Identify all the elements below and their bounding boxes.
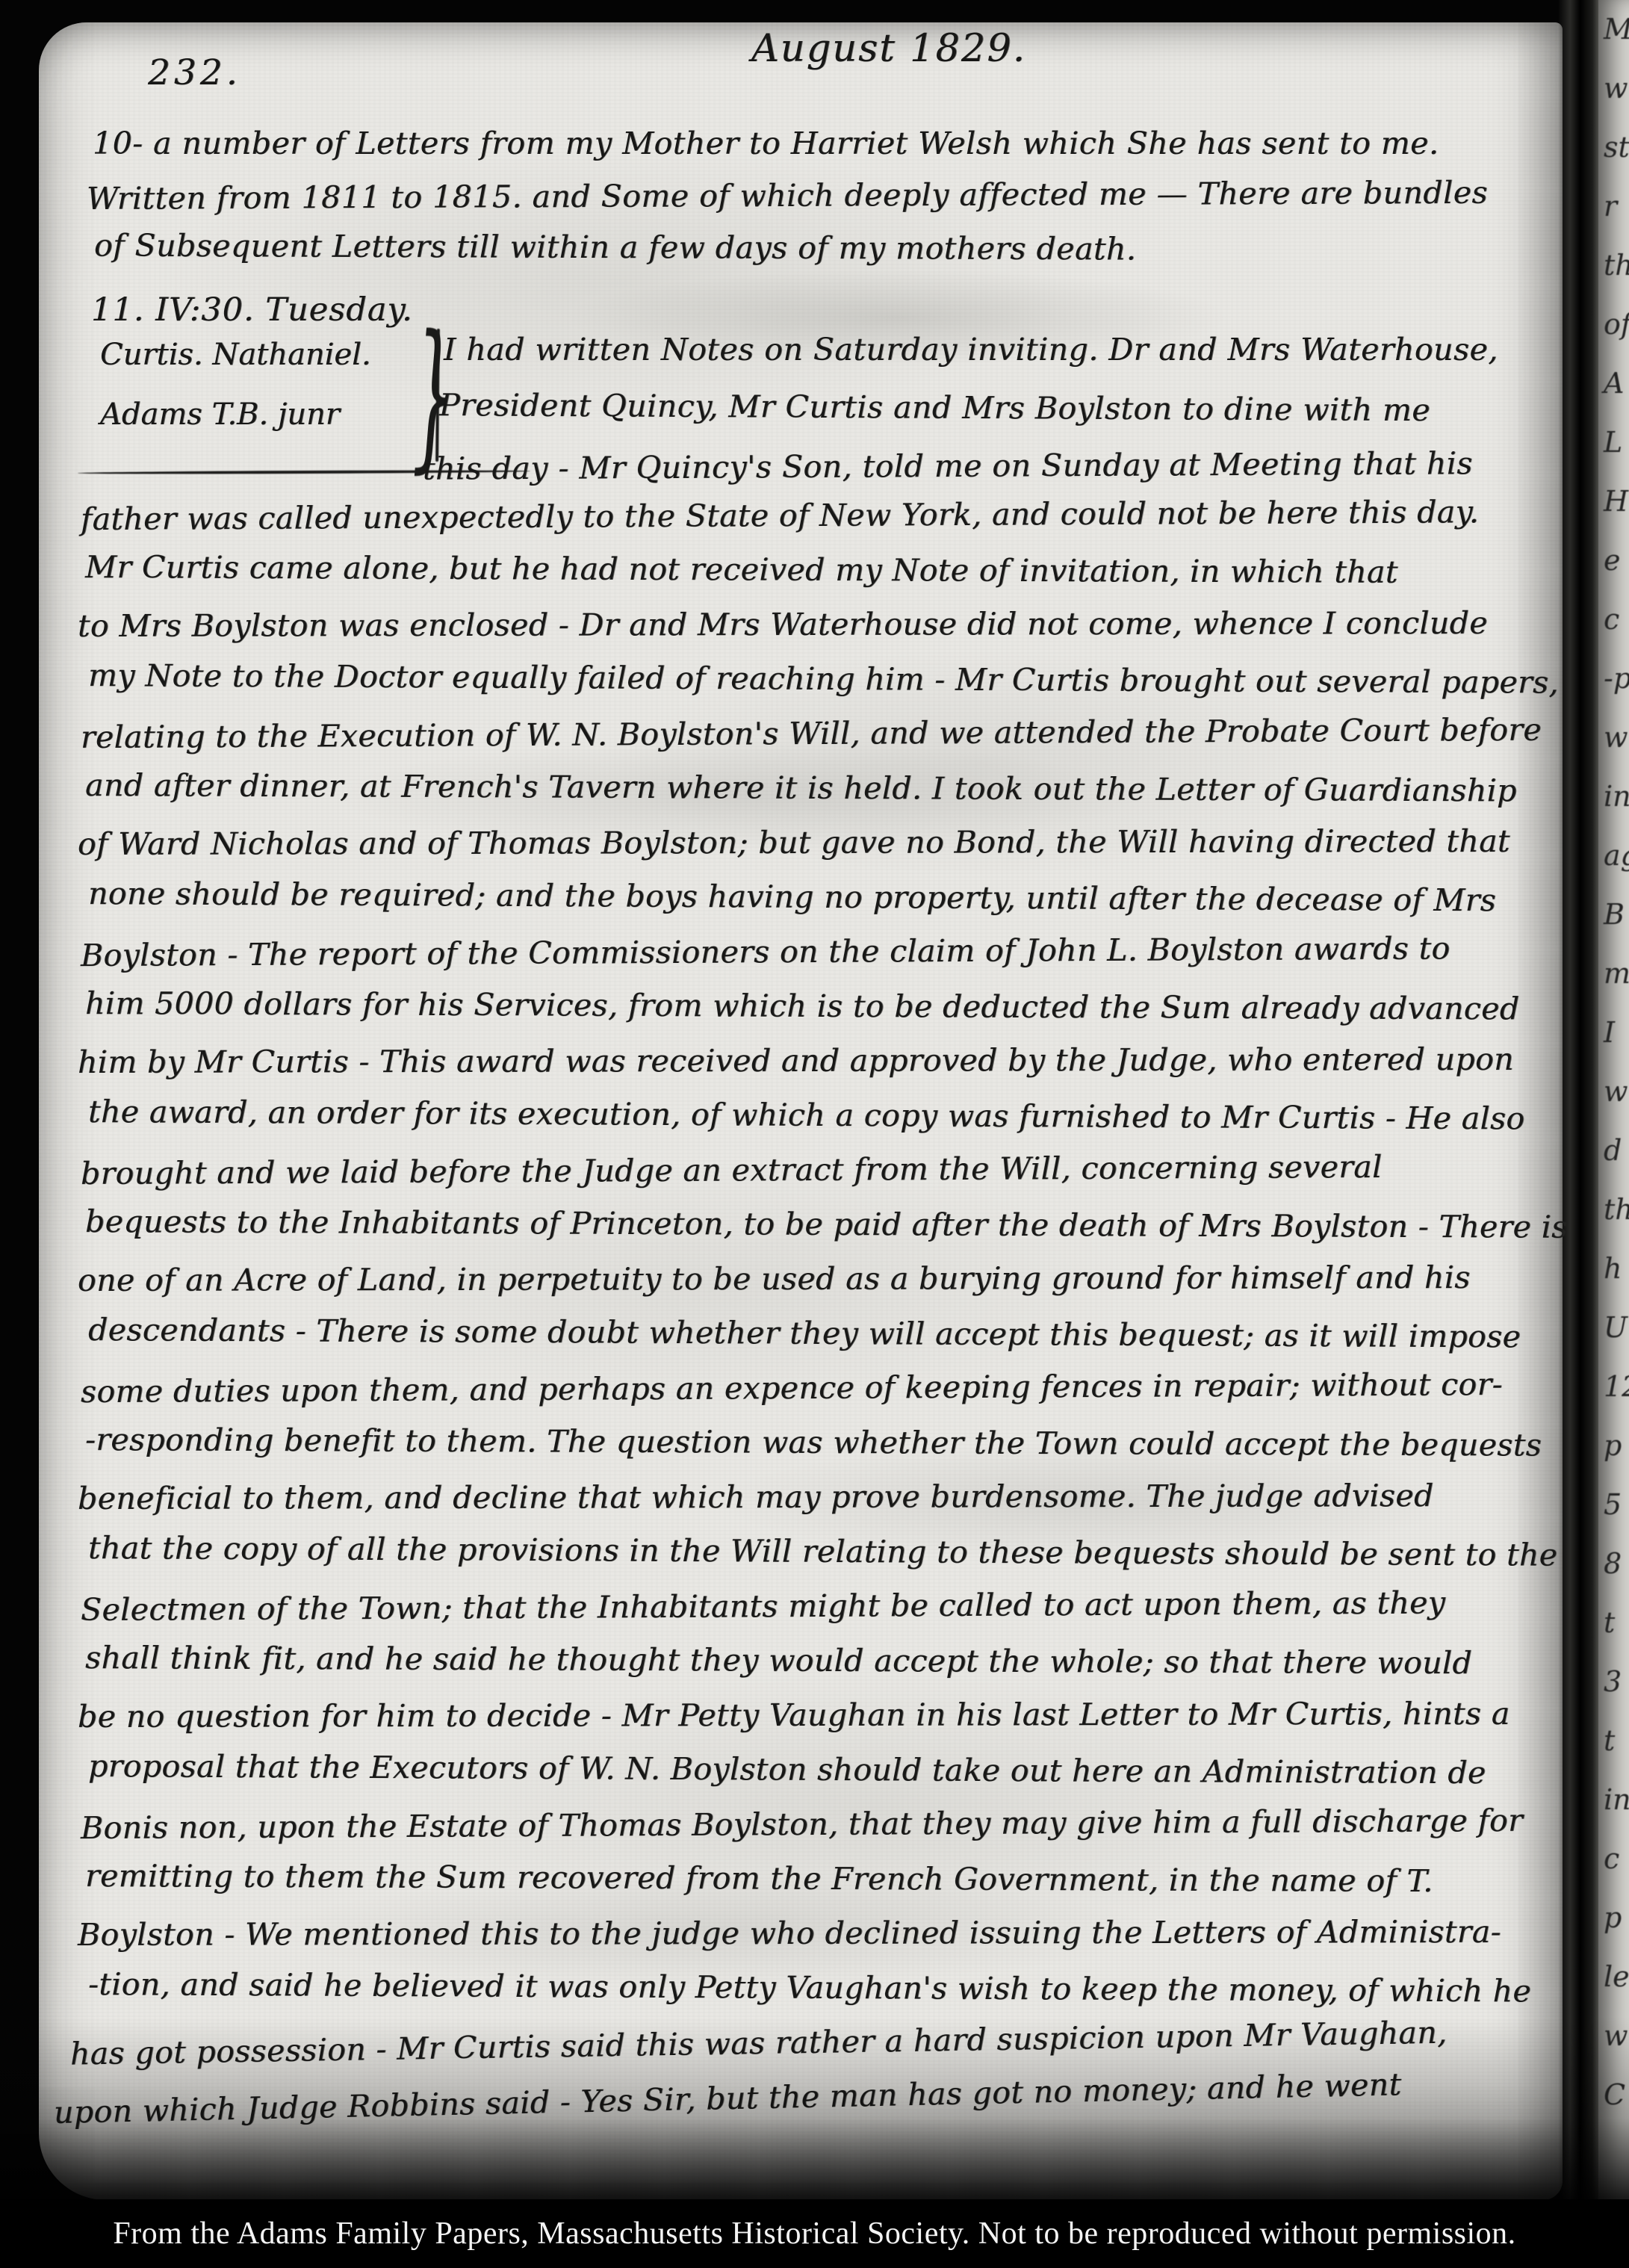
facing-page-fragment: st xyxy=(1598,118,1629,177)
manuscript-line: remitting to them the Sum recovered from… xyxy=(85,1858,1561,1918)
manuscript-line: father was called unexpectedly to the St… xyxy=(81,494,1561,556)
facing-page-fragment: th xyxy=(1598,1180,1629,1239)
facing-page-fragment: 3 xyxy=(1598,1652,1629,1711)
page-number: 232. xyxy=(148,52,241,93)
manuscript-line: Boylston - The report of the Commissione… xyxy=(81,930,1561,992)
manuscript-line: shall think fit, and he said he thought … xyxy=(85,1640,1561,1700)
entry-11-heading: 11. IV:30. Tuesday. xyxy=(91,291,413,329)
manuscript-line: to Mrs Boylston was enclosed - Dr and Mr… xyxy=(78,605,1561,663)
manuscript-line: Mr Curtis came alone, but he had not rec… xyxy=(85,549,1561,610)
facing-page-fragment: 5 xyxy=(1598,1475,1629,1534)
facing-page-fragment: H xyxy=(1598,472,1629,531)
header-date: August 1829. xyxy=(657,27,1120,71)
manuscript-line: the award, an order for its execution, o… xyxy=(88,1094,1561,1156)
manuscript-line: of Subsequent Letters till within a few … xyxy=(94,228,1488,285)
facing-page-fragment: le xyxy=(1598,1948,1629,2007)
margin-name-line: Adams T.B. junr xyxy=(100,397,371,457)
facing-page-fragment: w xyxy=(1598,59,1629,118)
facing-page-fragment: t xyxy=(1598,1593,1629,1652)
manuscript-line: Bonis non, upon the Estate of Thomas Boy… xyxy=(81,1803,1561,1865)
entry-11-opening-lines: I had written Notes on Saturday inviting… xyxy=(444,332,1498,506)
manuscript-line: Boylston - We mentioned this to the judg… xyxy=(78,1914,1561,1971)
facing-page-fragment: M xyxy=(1598,0,1629,59)
manuscript-line: some duties upon them, and perhaps an ex… xyxy=(81,1366,1561,1428)
facing-page-fragment: p xyxy=(1598,1416,1629,1475)
facing-page-fragment: p xyxy=(1598,1889,1629,1948)
manuscript-scan-page: 232. August 1829. 10- a number of Letter… xyxy=(0,0,1629,2268)
archive-caption-band: From the Adams Family Papers, Massachuse… xyxy=(0,2199,1629,2268)
facing-page-fragment: t xyxy=(1598,1711,1629,1770)
facing-page-fragment: in xyxy=(1598,1770,1629,1829)
facing-page-fragment: 8 xyxy=(1598,1534,1629,1593)
facing-page-fragment: w xyxy=(1598,1062,1629,1121)
manuscript-line: bequests to the Inhabitants of Princeton… xyxy=(85,1203,1561,1264)
book-gutter-shadow xyxy=(1558,0,1598,2210)
manuscript-line: descendants - There is some doubt whethe… xyxy=(88,1312,1561,1374)
facing-page-fragment: 12 xyxy=(1598,1357,1629,1416)
facing-page-fragment: th xyxy=(1598,236,1629,295)
facing-page-fragment: ag xyxy=(1598,826,1629,885)
facing-page-fragment: I xyxy=(1598,1003,1629,1062)
manuscript-line: that the copy of all the provisions in t… xyxy=(88,1530,1561,1592)
margin-name-line: Curtis. Nathaniel. xyxy=(100,338,371,397)
facing-page-fragment: h xyxy=(1598,1239,1629,1298)
facing-page-fragment: m xyxy=(1598,944,1629,1003)
manuscript-line: him by Mr Curtis - This award was receiv… xyxy=(78,1041,1561,1099)
facing-page-fragment: U xyxy=(1598,1298,1629,1357)
facing-page-fragment: of xyxy=(1598,295,1629,354)
manuscript-line: -responding benefit to them. The questio… xyxy=(85,1422,1561,1482)
entry-10-block: 10- a number of Letters from my Mother t… xyxy=(93,126,1488,282)
facing-page-fragment: r xyxy=(1598,177,1629,236)
manuscript-line: my Note to the Doctor equally failed of … xyxy=(88,657,1561,719)
facing-page-sliver: MwstrthofALHec-pwinagBmIwdthhU12p58t3tin… xyxy=(1598,0,1629,2210)
manuscript-line: beneficial to them, and decline that whi… xyxy=(78,1478,1561,1535)
facing-page-fragment: w xyxy=(1598,2007,1629,2066)
manuscript-line: proposal that the Executors of W. N. Boy… xyxy=(88,1748,1561,1810)
margin-names-block: Curtis. Nathaniel.Adams T.B. junr xyxy=(100,338,371,457)
manuscript-line: Written from 1811 to 1815. and Some of w… xyxy=(87,175,1488,233)
manuscript-line: be no question for him to decide - Mr Pe… xyxy=(78,1696,1561,1753)
facing-page-fragment: C xyxy=(1598,2066,1629,2125)
facing-page-fragment: in xyxy=(1598,767,1629,826)
facing-page-fragment: A xyxy=(1598,354,1629,413)
manuscript-line: and after dinner, at French's Tavern whe… xyxy=(85,767,1561,828)
facing-page-fragment: c xyxy=(1598,590,1629,649)
manuscript-line: President Quincy, Mr Curtis and Mrs Boyl… xyxy=(439,387,1498,450)
entry-11-body-lines: father was called unexpectedly to the St… xyxy=(81,498,1561,2134)
facing-page-fragment: w xyxy=(1598,708,1629,767)
manuscript-line: none should be required; and the boys ha… xyxy=(88,876,1561,938)
manuscript-line: one of an Acre of Land, in perpetuity to… xyxy=(78,1260,1561,1317)
facing-page-fragment: -p xyxy=(1598,649,1629,708)
facing-page-fragment: L xyxy=(1598,413,1629,472)
manuscript-line: Selectmen of the Town; that the Inhabita… xyxy=(81,1584,1561,1646)
manuscript-line: brought and we laid before the Judge an … xyxy=(81,1148,1561,1210)
manuscript-line: I had written Notes on Saturday inviting… xyxy=(444,332,1498,390)
facing-page-fragment: e xyxy=(1598,531,1629,590)
archive-caption: From the Adams Family Papers, Massachuse… xyxy=(113,2216,1515,2252)
facing-page-fragment: B xyxy=(1598,885,1629,944)
facing-page-fragment: c xyxy=(1598,1829,1629,1889)
facing-page-fragment: d xyxy=(1598,1121,1629,1180)
manuscript-line: him 5000 dollars for his Services, from … xyxy=(85,985,1561,1046)
manuscript-line: 10- a number of Letters from my Mother t… xyxy=(93,126,1488,178)
manuscript-line: of Ward Nicholas and of Thomas Boylston;… xyxy=(78,823,1561,881)
manuscript-line: relating to the Execution of W. N. Boyls… xyxy=(81,712,1561,774)
